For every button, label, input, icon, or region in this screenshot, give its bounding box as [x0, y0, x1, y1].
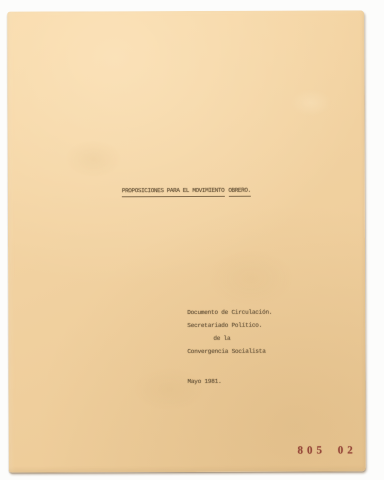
paper-texture [7, 10, 366, 472]
credit-line-date: Mayo 1981. [187, 375, 272, 388]
document-title-segment-1: PROPOSICIONES PARA EL MOVIMIENTO [122, 187, 224, 197]
document-title: PROPOSICIONES PARA EL MOVIMIENTOOBRERO. [8, 186, 365, 194]
scanned-document: PROPOSICIONES PARA EL MOVIMIENTOOBRERO. … [0, 0, 384, 480]
credit-line-document-type: Documento de Circulación. [187, 306, 272, 319]
paper-page: PROPOSICIONES PARA EL MOVIMIENTOOBRERO. … [7, 10, 366, 472]
credit-line-organization: Convergencia Socialista [187, 345, 272, 358]
document-title-segment-2: OBRERO. [228, 187, 250, 197]
credit-line-secretariat: Secretariado Político. [187, 319, 272, 332]
credits-block: Documento de Circulación. Secretariado P… [187, 306, 272, 388]
archive-stamp-number: 805 02 [297, 444, 356, 456]
credit-line-de-la: de la [187, 332, 272, 345]
